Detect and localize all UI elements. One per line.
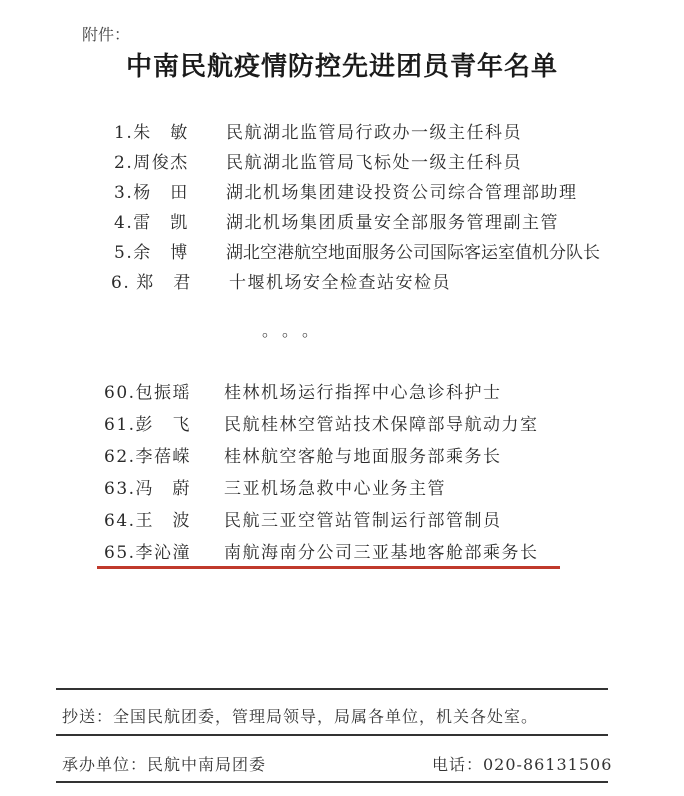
divider (56, 688, 608, 690)
item-position: 南航海南分公司三亚基地客舱部乘务长 (224, 538, 539, 563)
item-position: 桂林航空客舱与地面服务部乘务长 (224, 442, 502, 467)
item-name: 冯 蔚 (136, 474, 192, 499)
list-item: 6.郑 君 十堰机场安全检查站安检员 (111, 268, 192, 293)
item-number: 62. (104, 447, 136, 467)
phone-line: 电话：020-86131506 (432, 752, 612, 775)
item-name: 彭 飞 (136, 410, 192, 435)
item-name: 王 波 (136, 506, 192, 531)
divider (56, 734, 608, 736)
item-name: 李沁潼 (136, 538, 192, 563)
ellipsis: 。。。 (262, 318, 330, 341)
item-number: 63. (104, 479, 136, 499)
item-position: 十堰机场安全检查站安检员 (229, 268, 451, 293)
list-item: 2.周俊杰 民航湖北监管局飞标处一级主任科员 (114, 148, 189, 173)
item-number: 1. (114, 123, 133, 143)
list-item: 60.包振瑶 桂林机场运行指挥中心急诊科护士 (104, 378, 191, 403)
list-item: 63.冯 蔚 三亚机场急救中心业务主管 (104, 474, 191, 499)
item-name: 郑 君 (136, 268, 192, 293)
item-number: 4. (114, 213, 133, 233)
item-position: 湖北空港航空地面服务公司国际客运室值机分队长 (226, 238, 600, 263)
item-number: 61. (104, 415, 136, 435)
list-item: 65.李沁潼 南航海南分公司三亚基地客舱部乘务长 (104, 538, 191, 563)
list-item: 1.朱 敏 民航湖北监管局行政办一级主任科员 (114, 118, 189, 143)
item-number: 64. (104, 511, 136, 531)
cc-line: 抄送：全国民航团委，管理局领导，局属各单位，机关各处室。 (62, 704, 538, 727)
item-position: 民航湖北监管局飞标处一级主任科员 (226, 148, 522, 173)
item-position: 桂林机场运行指挥中心急诊科护士 (224, 378, 502, 403)
item-position: 湖北机场集团质量安全部服务管理副主管 (226, 208, 559, 233)
list-item: 4.雷 凯 湖北机场集团质量安全部服务管理副主管 (114, 208, 189, 233)
document-title: 中南民航疫情防控先进团员青年名单 (0, 46, 684, 83)
item-number: 2. (114, 153, 133, 173)
item-name: 周俊杰 (133, 148, 189, 173)
item-position: 民航湖北监管局行政办一级主任科员 (226, 118, 522, 143)
divider (56, 781, 608, 783)
item-name: 雷 凯 (133, 208, 189, 233)
item-number: 60. (104, 383, 136, 403)
item-position: 民航三亚空管站管制运行部管制员 (224, 506, 502, 531)
item-position: 湖北机场集团建设投资公司综合管理部助理 (226, 178, 578, 203)
item-name: 包振瑶 (136, 378, 192, 403)
highlight-underline (97, 566, 560, 569)
item-name: 李蓓嵘 (136, 442, 192, 467)
item-number: 6. (111, 273, 130, 293)
list-item: 5.余 博 湖北空港航空地面服务公司国际客运室值机分队长 (114, 238, 189, 263)
list-item: 61.彭 飞 民航桂林空管站技术保障部导航动力室 (104, 410, 191, 435)
list-item: 62.李蓓嵘 桂林航空客舱与地面服务部乘务长 (104, 442, 191, 467)
item-position: 三亚机场急救中心业务主管 (224, 474, 446, 499)
item-number: 65. (104, 543, 136, 563)
item-number: 5. (114, 243, 133, 263)
item-name: 杨 田 (133, 178, 189, 203)
item-position: 民航桂林空管站技术保障部导航动力室 (224, 410, 539, 435)
item-name: 朱 敏 (133, 118, 189, 143)
item-name: 余 博 (133, 238, 189, 263)
attachment-label: 附件： (82, 22, 130, 45)
item-number: 3. (114, 183, 133, 203)
organizer-line: 承办单位：民航中南局团委 (62, 752, 266, 775)
list-item: 64.王 波 民航三亚空管站管制运行部管制员 (104, 506, 191, 531)
list-item: 3.杨 田 湖北机场集团建设投资公司综合管理部助理 (114, 178, 189, 203)
